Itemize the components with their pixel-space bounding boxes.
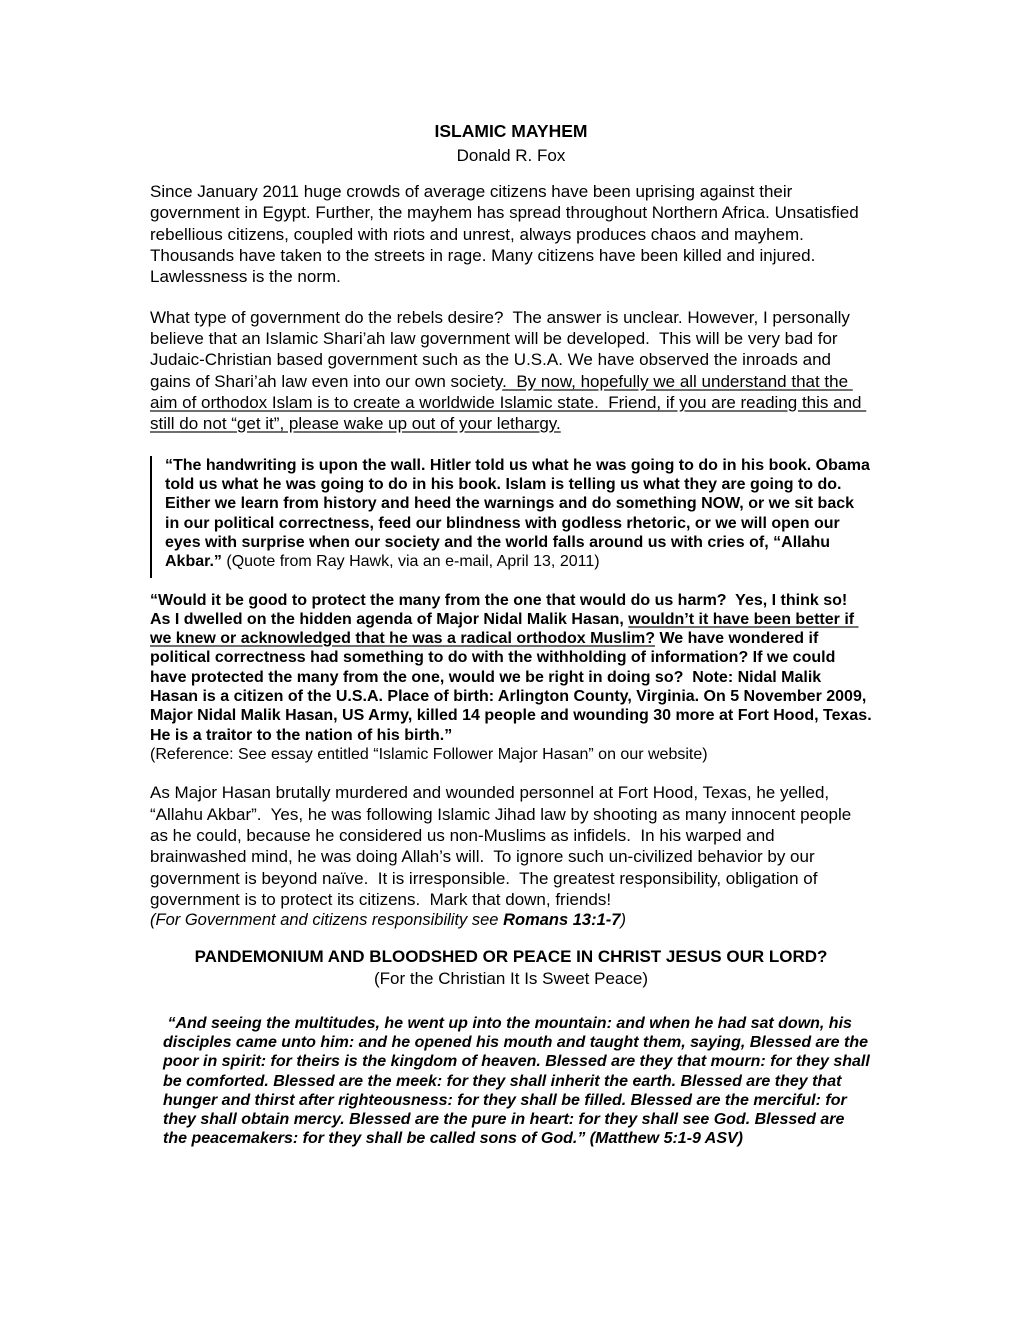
document-title: ISLAMIC MAYHEM: [150, 118, 872, 145]
document-page: ISLAMIC MAYHEM Donald R. Fox Since Janua…: [0, 0, 1020, 1320]
hasan-paragraph: “Would it be good to protect the many fr…: [150, 591, 872, 745]
section-subheading: (For the Christian It Is Sweet Peace): [150, 968, 872, 989]
beatitudes-quote-block: “And seeing the multitudes, he went up i…: [150, 1014, 872, 1149]
romans-reference-line: (For Government and citizens responsibil…: [150, 910, 872, 931]
section-heading: PANDEMONIUM AND BLOODSHED OR PEACE IN CH…: [150, 946, 872, 968]
hasan-reference-line: (Reference: See essay entitled “Islamic …: [150, 745, 872, 764]
author-line: Donald R. Fox: [150, 145, 872, 166]
fort-hood-paragraph: As Major Hasan brutally murdered and wou…: [150, 782, 872, 910]
intro-paragraph: Since January 2011 huge crowds of averag…: [150, 181, 872, 288]
sharia-paragraph: What type of government do the rebels de…: [150, 307, 872, 435]
hawk-quote-block: “The handwriting is upon the wall. Hitle…: [150, 456, 872, 578]
